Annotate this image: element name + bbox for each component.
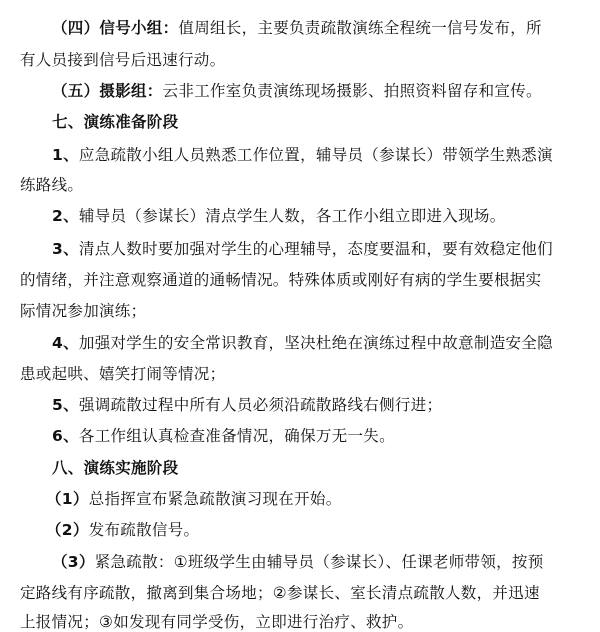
line-prefix: （2） — [46, 521, 89, 539]
line-text: 上报情况；③如发现有同学受伤，立即进行治疗、救护。 — [20, 613, 413, 631]
heading-text: 七、演练准备阶段 — [52, 113, 178, 131]
text-line: 练路线。 — [20, 175, 83, 195]
line-prefix: 3、 — [52, 240, 79, 258]
list-item-6: 6、各工作组认真检查准备情况，确保万无一失。 — [52, 426, 395, 446]
section-heading-7: 七、演练准备阶段 — [52, 112, 178, 132]
text-line: 定路线有序疏散，撤离到集合场地；②参谋长、室长清点疏散人数，并迅速 — [20, 583, 540, 603]
line-text: 有人员接到信号后迅速行动。 — [20, 51, 225, 69]
text-line: 患或起哄、嬉笑打闹等情况； — [20, 364, 225, 384]
line-prefix: （3） — [52, 553, 95, 571]
line-text: 加强对学生的安全常识教育，坚决杜绝在演练过程中故意制造安全隐 — [79, 334, 553, 352]
line-text: 清点人数时要加强对学生的心理辅导，态度要温和，要有效稳定他们 — [79, 240, 553, 258]
line-text: 辅导员（参谋长）清点学生人数，各工作小组立即进入现场。 — [79, 207, 506, 225]
list-item-2: 2、辅导员（参谋长）清点学生人数，各工作小组立即进入现场。 — [52, 206, 506, 226]
text-line: 上报情况；③如发现有同学受伤，立即进行治疗、救护。 — [20, 612, 413, 632]
line-text: 发布疏散信号。 — [89, 521, 200, 539]
text-line: 有人员接到信号后迅速行动。 — [20, 50, 225, 70]
signal-group-line: （四）信号小组：值周组长，主要负责疏散演练全程统一信号发布，所 — [52, 18, 542, 38]
line-text: 强调疏散过程中所有人员必须沿疏散路线右侧行进； — [79, 396, 442, 414]
text-line: 际情况参加演练； — [20, 301, 146, 321]
line-text: 练路线。 — [20, 176, 83, 194]
line-prefix: （四）信号小组： — [52, 19, 178, 37]
line-text: 定路线有序疏散，撤离到集合场地；②参谋长、室长清点疏散人数，并迅速 — [20, 584, 540, 602]
list-item-5: 5、强调疏散过程中所有人员必须沿疏散路线右侧行进； — [52, 395, 442, 415]
line-text: 紧急疏散：①班级学生由辅导员（参谋长）、任课老师带领，按预 — [95, 553, 544, 571]
line-text: 总指挥宣布紧急疏散演习现在开始。 — [89, 490, 342, 508]
line-text: 际情况参加演练； — [20, 302, 146, 320]
line-text: 患或起哄、嬉笑打闹等情况； — [20, 365, 225, 383]
section-heading-8: 八、演练实施阶段 — [52, 458, 178, 478]
line-prefix: 5、 — [52, 396, 79, 414]
line-text: 的情绪，并注意观察通道的通畅情况。特殊体质或刚好有病的学生要根据实 — [20, 271, 541, 289]
list-item-3: 3、清点人数时要加强对学生的心理辅导，态度要温和，要有效稳定他们 — [52, 239, 553, 259]
photo-group-line: （五）摄影组：云非工作室负责演练现场摄影、拍照资料留存和宣传。 — [52, 81, 542, 101]
line-text: 各工作组认真检查准备情况，确保万无一失。 — [79, 427, 395, 445]
text-line: 的情绪，并注意观察通道的通畅情况。特殊体质或刚好有病的学生要根据实 — [20, 270, 541, 290]
line-prefix: 4、 — [52, 334, 79, 352]
heading-text: 八、演练实施阶段 — [52, 459, 178, 477]
line-prefix: （五）摄影组： — [52, 82, 163, 100]
line-prefix: （1） — [46, 490, 89, 508]
list-item-1: 1、应急疏散小组人员熟悉工作位置，辅导员（参谋长）带领学生熟悉演 — [52, 145, 553, 165]
step-3: （3）紧急疏散：①班级学生由辅导员（参谋长）、任课老师带领，按预 — [52, 552, 544, 572]
line-text: 值周组长，主要负责疏散演练全程统一信号发布，所 — [178, 19, 541, 37]
line-prefix: 2、 — [52, 207, 79, 225]
step-2: （2）发布疏散信号。 — [46, 520, 199, 540]
list-item-4: 4、加强对学生的安全常识教育，坚决杜绝在演练过程中故意制造安全隐 — [52, 333, 553, 353]
line-prefix: 1、 — [52, 146, 79, 164]
line-text: 云非工作室负责演练现场摄影、拍照资料留存和宣传。 — [163, 82, 542, 100]
line-prefix: 6、 — [52, 427, 79, 445]
line-text: 应急疏散小组人员熟悉工作位置，辅导员（参谋长）带领学生熟悉演 — [79, 146, 553, 164]
document-page: （四）信号小组：值周组长，主要负责疏散演练全程统一信号发布，所 有人员接到信号后… — [0, 0, 600, 632]
step-1: （1）总指挥宣布紧急疏散演习现在开始。 — [46, 489, 342, 509]
